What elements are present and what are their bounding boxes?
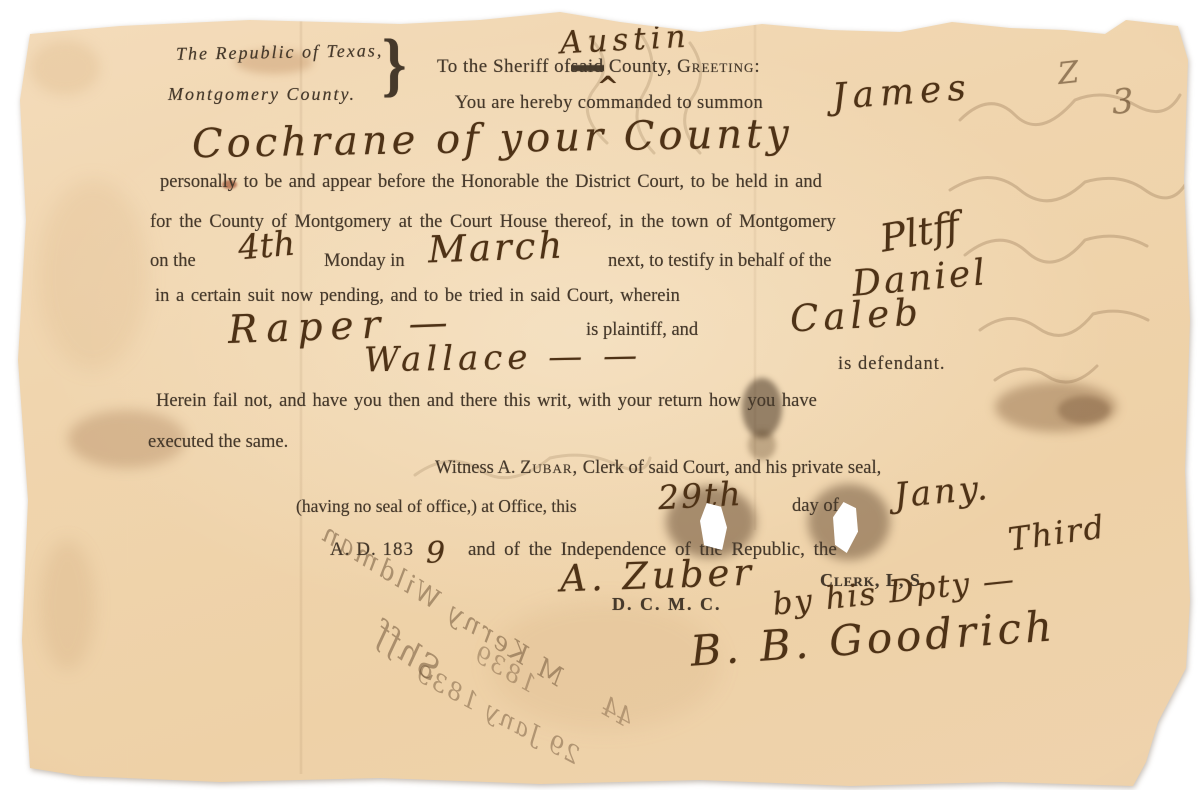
office-line: (having no seal of office,) at Office, t…	[296, 496, 577, 517]
hw-defendant-last: Wallace — —	[364, 336, 643, 381]
hw-independence-year: Third	[1006, 507, 1108, 558]
witness-line: Witness A. Zubar, Clerk of said Court, a…	[435, 458, 881, 479]
witness-clerk-name: Zubar,	[520, 458, 578, 478]
on-the-label: on the	[150, 251, 196, 272]
document-paper: M Kerny Wildman Shff 1839 29 Jany 1839 4…	[0, 0, 1200, 790]
day-of-label: day of	[792, 496, 839, 517]
state-caption: The Republic of Texas,	[176, 40, 384, 65]
docket-mark: Z	[1056, 55, 1080, 92]
greeting-word: Greeting:	[677, 56, 761, 77]
hw-first-name: James	[831, 67, 973, 118]
summon-intro: You are hereby commanded to summon	[455, 93, 763, 114]
next-testify-label: next, to testify in behalf of the	[608, 251, 831, 272]
executed-line: executed the same.	[148, 432, 288, 453]
left-bottom-stain	[40, 540, 95, 670]
caption-brace: }	[382, 25, 406, 107]
left-margin-stain	[38, 180, 148, 370]
witness-pre: Witness A.	[435, 458, 520, 478]
smudge-stain	[995, 382, 1117, 432]
scan-background: M Kerny Wildman Shff 1839 29 Jany 1839 4…	[0, 0, 1200, 790]
hw-month: March	[427, 224, 566, 272]
corner-stain	[30, 40, 100, 95]
county-caption: Montgomery County.	[168, 84, 356, 105]
document-paper-wrap: M Kerny Wildman Shff 1839 29 Jany 1839 4…	[0, 0, 1200, 790]
docket-mark: 3	[1111, 81, 1135, 122]
verso-text: 44	[595, 692, 639, 735]
hw-deputy-signature: B. B. Goodrich	[689, 601, 1058, 675]
hw-day: 29th	[657, 474, 743, 517]
inserted-county-austin: Austin	[559, 19, 691, 62]
hw-day-month: Jany.	[892, 468, 991, 516]
monday-in-label: Monday in	[324, 251, 405, 272]
hw-party-abbr: Pltff	[877, 203, 963, 260]
ink-blot	[748, 430, 776, 460]
is-defendant-label: is defendant.	[838, 354, 946, 375]
ad-label: A. D. 183	[330, 539, 414, 561]
verso-ink-bleedthrough	[940, 40, 1190, 420]
hw-year-digit: 9	[426, 536, 445, 571]
dcmc-label: D. C. M. C.	[612, 594, 722, 615]
greeting-pre: To the Sheriff of	[437, 56, 571, 77]
hw-week-ordinal: 4th	[236, 224, 296, 269]
herein-line: Herein fail not, and have you then and t…	[156, 391, 817, 412]
hw-name-line: Cochrane of your County	[192, 111, 793, 167]
hw-defendant-first: Caleb	[789, 291, 924, 341]
hw-clerk-signature: A. Zuber	[559, 551, 755, 601]
smudge-stain	[1058, 396, 1110, 424]
body-line-personally: personally to be and appear before the H…	[160, 172, 822, 193]
